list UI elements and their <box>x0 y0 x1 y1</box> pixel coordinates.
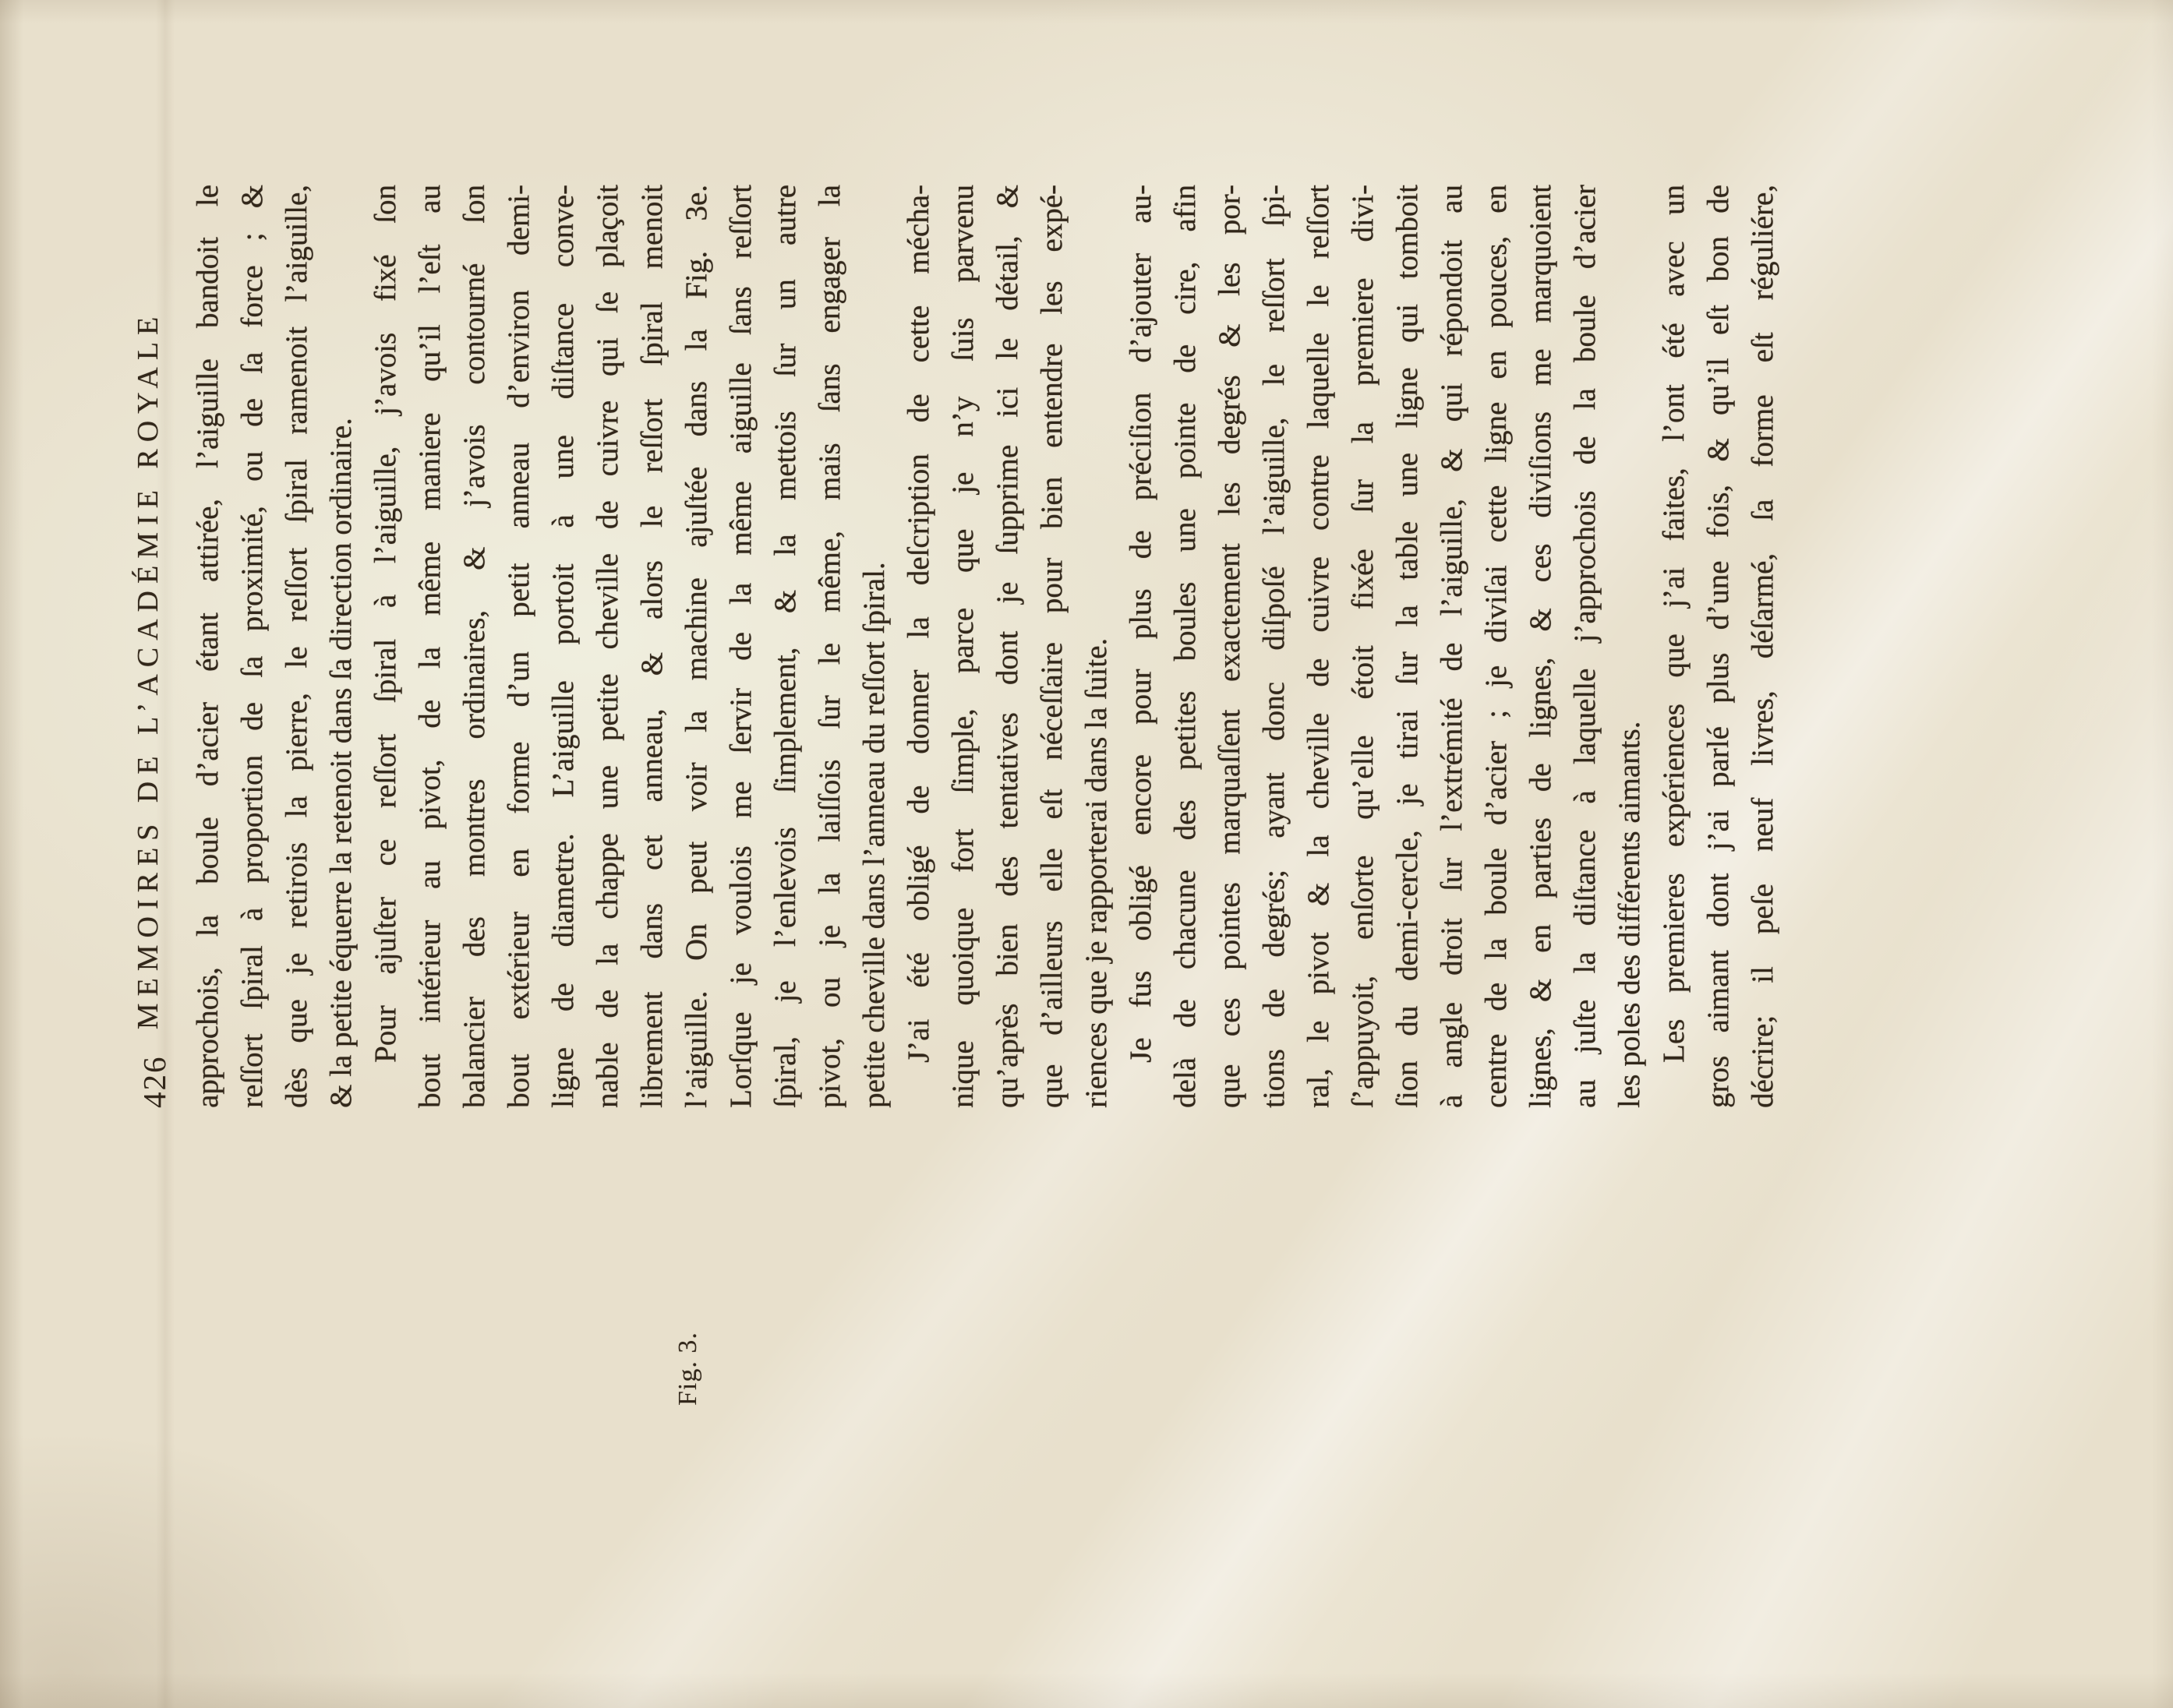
running-title: MEMOIRES DE L’ACADÉMIE ROYALE <box>131 185 165 1108</box>
text-line: nable de la chappe une petite cheville d… <box>585 185 630 1108</box>
text-line: Les premieres expériences que j’ai faite… <box>1652 185 1696 1108</box>
text-line: Pour ajuſter ce reſſort ſpiral à l’aigui… <box>363 185 408 1108</box>
page-number: 426 <box>136 1056 173 1109</box>
text-line: tions de degrés; ayant donc diſpoſé l’ai… <box>1252 185 1296 1108</box>
figure-margin-note: Fig. 3. <box>673 1273 703 1406</box>
text-line: les poles des différents aimants. <box>1607 185 1652 1108</box>
text-line: centre de la boule d’acier ; je diviſai … <box>1474 185 1518 1108</box>
text-line: bout extérieur en forme d’un petit annea… <box>496 185 541 1108</box>
text-line: reſſort ſpiral à proportion de ſa proxim… <box>230 185 274 1108</box>
text-line: dès que je retirois la pierre, le reſſor… <box>274 185 319 1108</box>
text-line: petite cheville dans l’anneau du reſſort… <box>852 185 896 1108</box>
text-line: qu’après bien des tentatives dont je ſup… <box>985 185 1030 1108</box>
text-line: Je fus obligé encore pour plus de préciſ… <box>1118 185 1163 1108</box>
text-line: J’ai été obligé de donner la deſcription… <box>896 185 941 1108</box>
text-line: ſpiral, je l’enlevois ſimplement, & la m… <box>763 185 807 1108</box>
text-line: librement dans cet anneau, & alors le re… <box>630 185 674 1108</box>
text-line: approchois, la boule d’acier étant attir… <box>185 185 230 1108</box>
text-line: que d’ailleurs elle eſt néceſſaire pour … <box>1030 185 1074 1108</box>
body-text: approchois, la boule d’acier étant attir… <box>185 185 1785 1108</box>
page-rotated-content: 426 MEMOIRES DE L’ACADÉMIE ROYALE Fig. 3… <box>0 0 2173 1708</box>
text-line: bout intérieur au pivot, de la même mani… <box>408 185 452 1108</box>
text-line: pivot, ou je la laiſſois ſur le même, ma… <box>807 185 852 1108</box>
scanned-page: 426 MEMOIRES DE L’ACADÉMIE ROYALE Fig. 3… <box>0 0 2173 1708</box>
text-line: ral, le pivot & la cheville de cuivre co… <box>1296 185 1341 1108</box>
text-line: ſ’appuyoit, enſorte qu’elle étoit fixée … <box>1341 185 1385 1108</box>
text-line: delà de chacune des petites boules une p… <box>1163 185 1207 1108</box>
text-line: ſion du demi-cercle, je tirai ſur la tab… <box>1385 185 1429 1108</box>
page-header: 426 MEMOIRES DE L’ACADÉMIE ROYALE <box>131 185 178 1108</box>
text-line: l’aiguille. On peut voir la machine ajuſ… <box>674 185 719 1108</box>
text-line: & la petite équerre la retenoit dans ſa … <box>319 185 363 1108</box>
text-line: balancier des montres ordinaires, & j’av… <box>452 185 496 1108</box>
text-line: ligne de diametre. L’aiguille portoit à … <box>541 185 585 1108</box>
text-line: décrire; il peſe neuf livres, déſarmé, ſ… <box>1740 185 1785 1108</box>
text-line: à angle droit ſur l’extrémité de l’aigui… <box>1429 185 1474 1108</box>
text-line: nique quoique fort ſimple, parce que je … <box>941 185 985 1108</box>
text-line: au juſte la diſtance à laquelle j’approc… <box>1563 185 1607 1108</box>
text-line: Lorſque je voulois me ſervir de la même … <box>719 185 763 1108</box>
text-line: que ces pointes marquaſſent exactement l… <box>1207 185 1252 1108</box>
text-line: lignes, & en parties de lignes, & ces di… <box>1518 185 1563 1108</box>
text-line: riences que je rapporterai dans la ſuite… <box>1074 185 1118 1108</box>
text-line: gros aimant dont j’ai parlé plus d’une f… <box>1696 185 1740 1108</box>
